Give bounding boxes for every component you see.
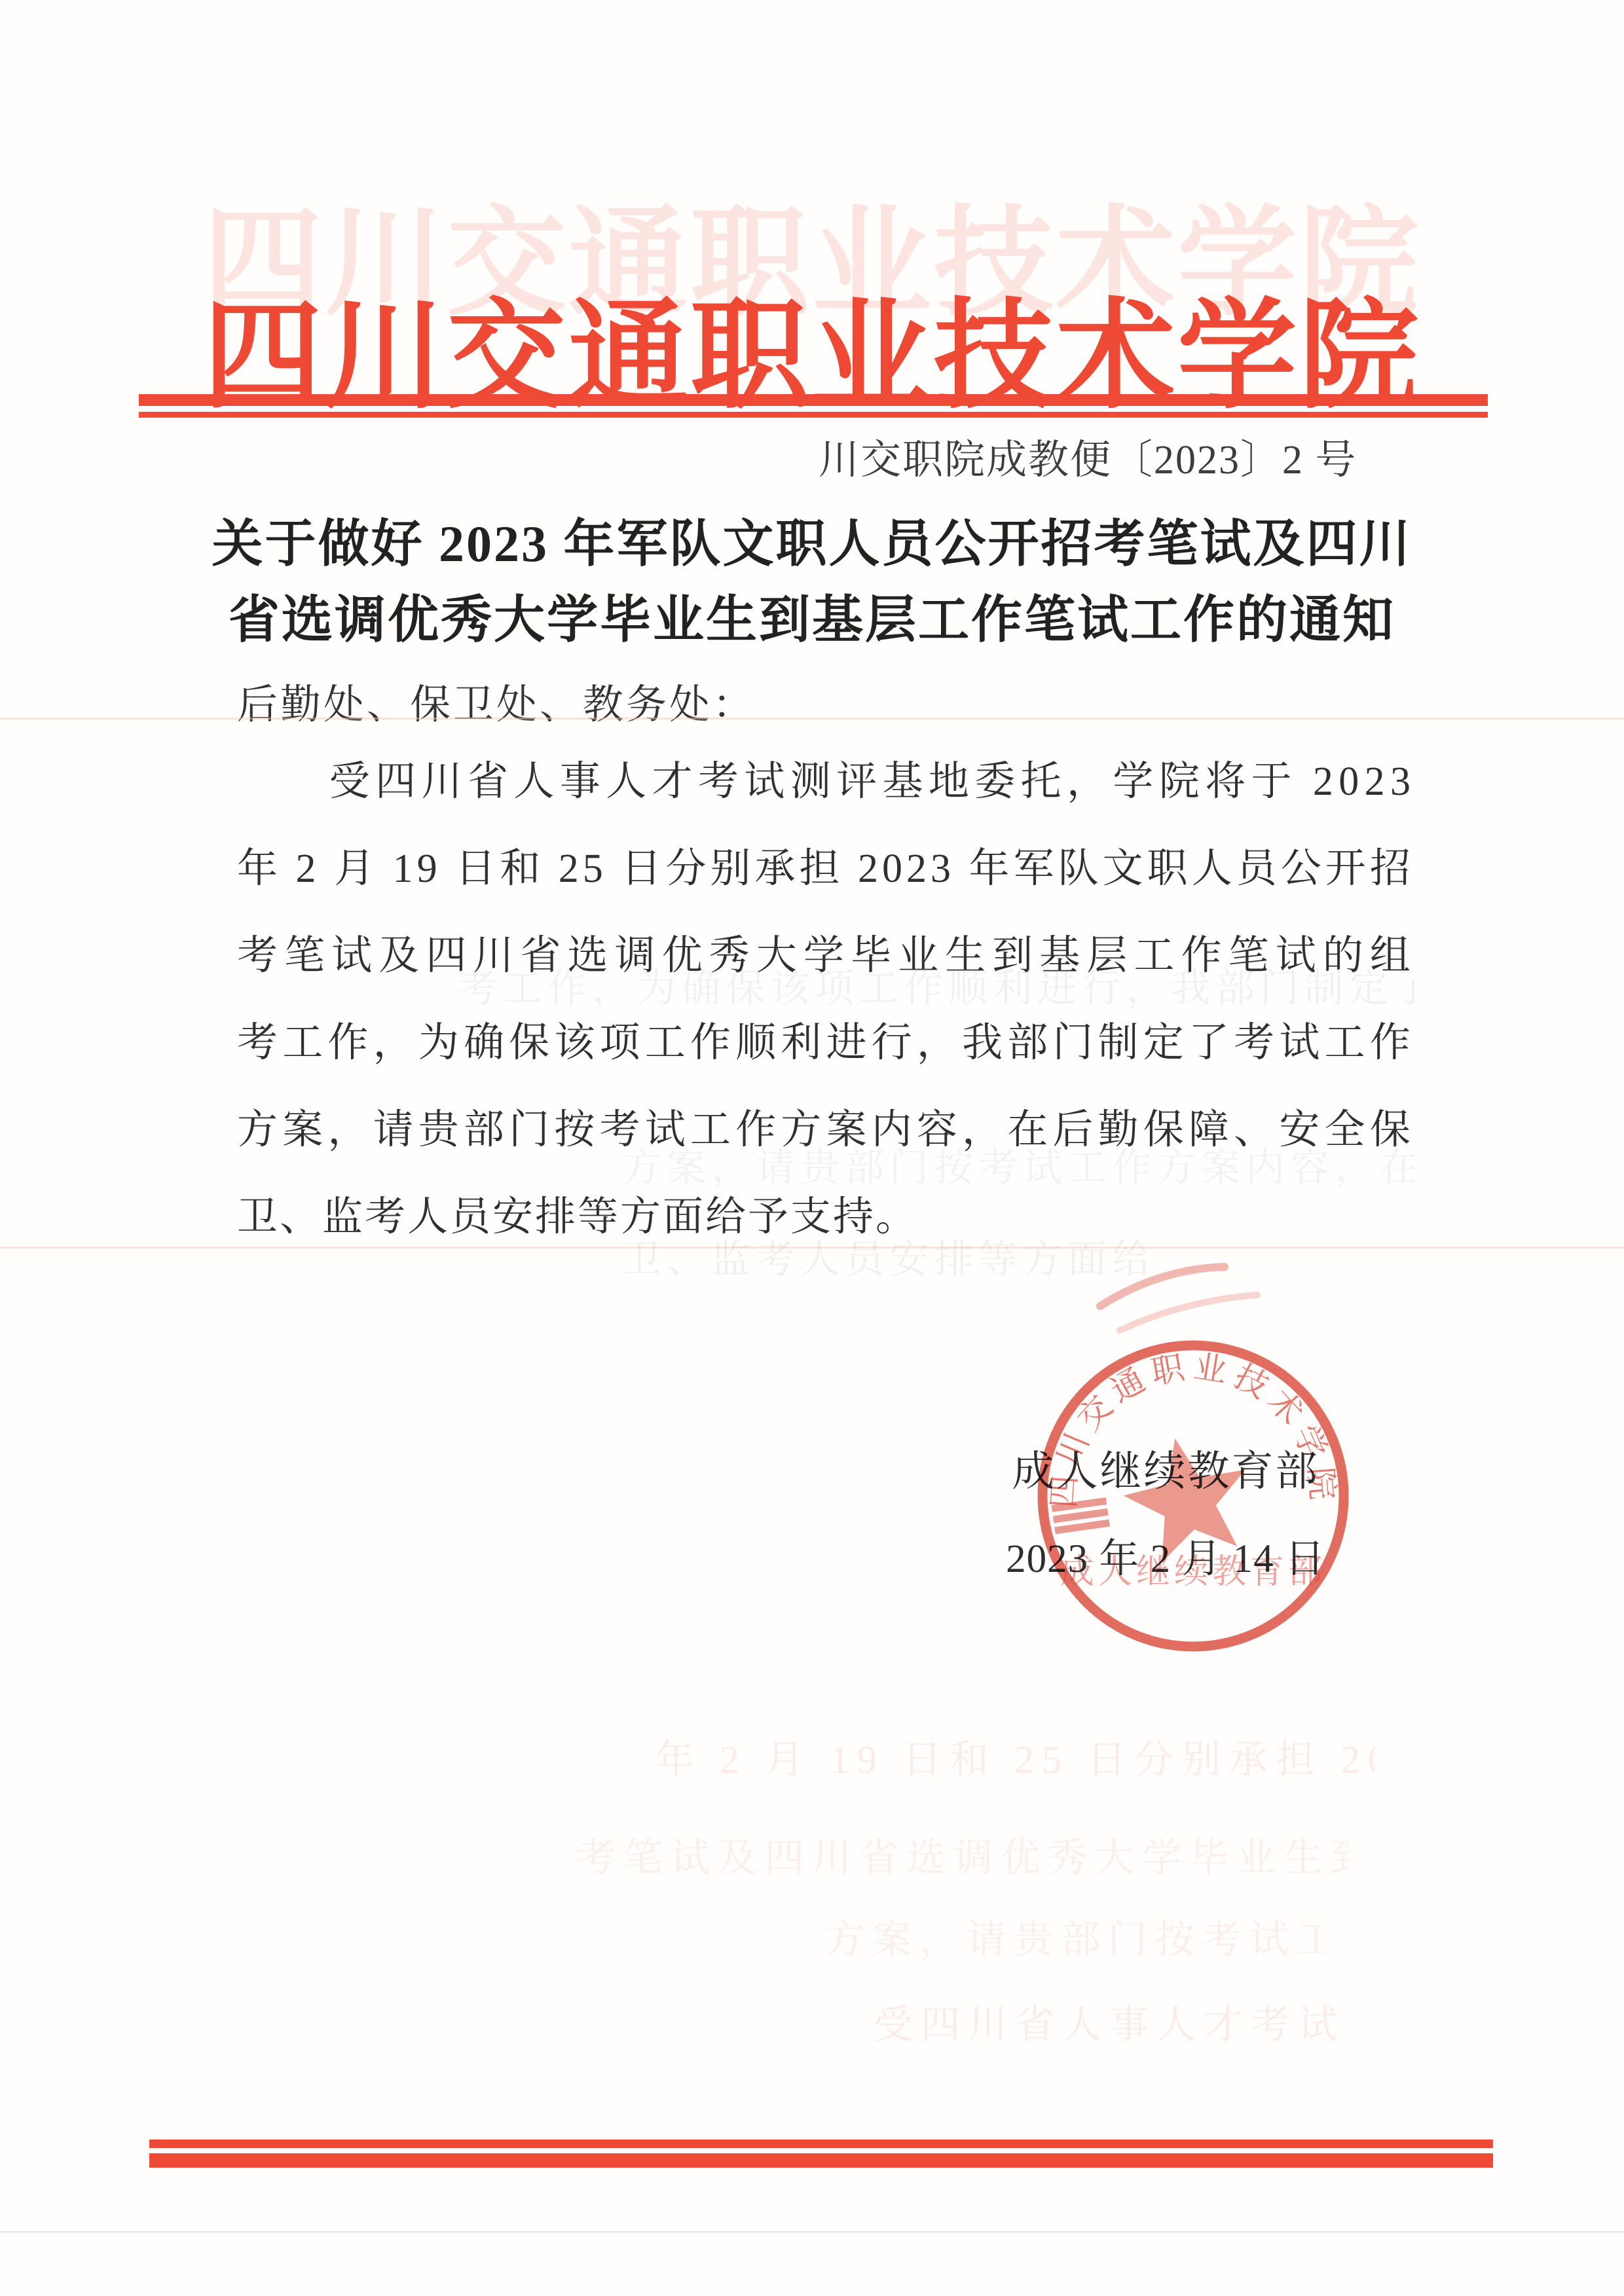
document-page: 四川交通职业技术学院 四川交通职业技术学院 川交职院成教便〔2023〕2 号 关…: [0, 0, 1624, 2296]
doc-reference-number: 川交职院成教便〔2023〕2 号: [819, 427, 1357, 485]
scan-artifact-line: [0, 718, 1624, 720]
footer-rule-thick: [149, 2153, 1493, 2168]
seal-bottom-text: 成人继续教育部: [1060, 1554, 1326, 1591]
recipients-line: 后勤处、保卫处、教务处：: [237, 672, 756, 730]
print-echo: 方案，请贵部门按考试工作方案内容，在后勤保障、安全保: [622, 1137, 1414, 1193]
print-echo: 方案，请贵部门按考试工作方案内容，在后勤保障、安全保: [825, 1908, 1323, 1965]
official-seal-stamp: 四川交通职业技术学院 成人继续教育部: [1008, 1237, 1388, 1683]
body-line: 年 2 月 19 日和 25 日分别承担 2023 年军队文职人员公开招: [237, 826, 1411, 913]
print-echo: 考笔试及四川省选调优秀大学毕业生到基层工作笔试的组: [576, 1827, 1349, 1883]
footer-rule-thin: [149, 2140, 1493, 2148]
print-echo: 年 2 月 19 日和 25 日分别承担 2023 年军队文职人员公开招: [655, 1728, 1375, 1785]
seal-echo-arc: [1120, 1295, 1257, 1330]
print-echo: 受四川省人事人才考试测评基地委托，学院将于 2023: [779, 1994, 1336, 2050]
print-echo: 考工作，为确保该项工作顺利进行，我部门制定了考试工作: [458, 957, 1414, 1013]
body-line: 受四川省人事人才考试测评基地委托，学院将于 2023: [237, 738, 1411, 826]
doc-title-line2: 省选调优秀大学毕业生到基层工作笔试工作的通知: [0, 579, 1624, 652]
doc-title-line1: 关于做好 2023 年军队文职人员公开招考笔试及四川: [0, 503, 1624, 576]
scan-artifact-line: [0, 2231, 1624, 2232]
seal-star: [1114, 1425, 1261, 1567]
letterhead-rule-thick: [139, 394, 1488, 406]
letterhead-rule-thin: [139, 412, 1488, 418]
